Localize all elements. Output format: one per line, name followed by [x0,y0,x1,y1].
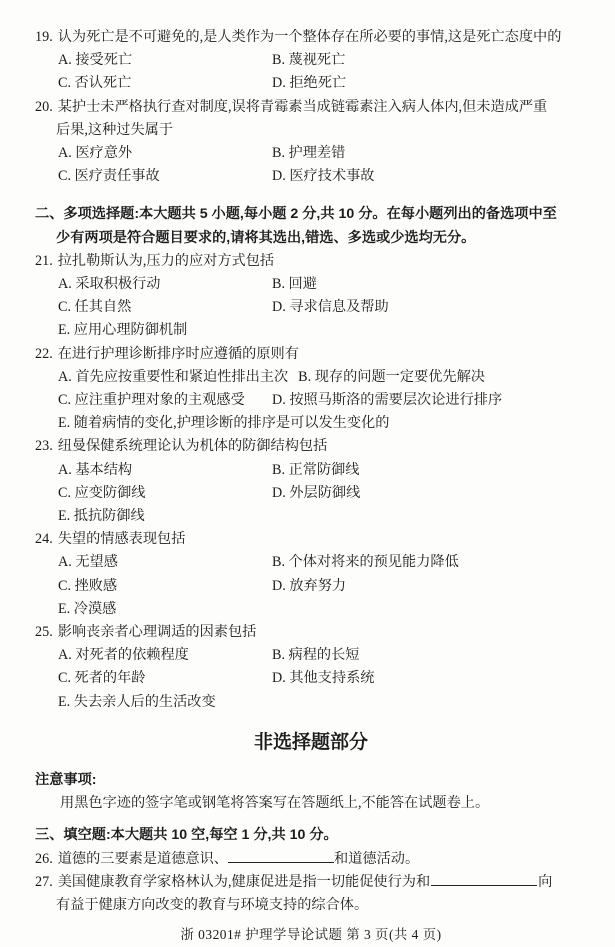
q22-option-c: C. 应注重护理对象的主观感受 [58,389,272,412]
q20-option-d: D. 医疗技术事故 [272,165,374,188]
q23-option-b: B. 正常防御线 [272,459,360,482]
q20-stem-text1: 某护士未严格执行查对制度,误将青霉素当成链霉素注入病人体内,但未造成严重 [58,99,547,115]
q24-option-c: C. 挫败感 [58,575,272,598]
exam-page: 19.认为死亡是不可避免的,是人类作为一个整体存在所必要的事情,这是死亡态度中的… [0,0,615,947]
q20-stem-text2: 后果,这种过失属于 [56,122,173,138]
q20-options-row-ab: A. 医疗意外 B. 护理差错 [58,142,587,165]
section2-header-line2: 少有两项是符合题目要求的,请将其选出,错选、多选或少选均无分。 [35,227,587,250]
page-footer: 浙 03201# 护理学导论试题 第 3 页(共 4 页) [35,924,587,946]
q25-number: 25. [35,624,53,640]
q25-options-row-ab: A. 对死者的依赖程度 B. 病程的长短 [58,644,587,667]
question-20: 20.某护士未严格执行查对制度,误将青霉素当成链霉素注入病人体内,但未造成严重 … [35,96,587,189]
question-24: 24.失望的情感表现包括 A. 无望感 B. 个体对将来的预见能力降低 C. 挫… [35,528,587,621]
q23-stem: 23.纽曼保健系统理论认为机体的防御结构包括 [35,435,587,458]
q20-stem-line2: 后果,这种过失属于 [35,119,587,142]
q21-option-b: B. 回避 [272,273,317,296]
q19-option-a: A. 接受死亡 [58,49,272,72]
question-21: 21.拉扎勒斯认为,压力的应对方式包括 A. 采取积极行动 B. 回避 C. 任… [35,250,587,343]
q22-stem: 22.在进行护理诊断排序时应遵循的原则有 [35,343,587,366]
q22-stem-text: 在进行护理诊断排序时应遵循的原则有 [58,346,299,362]
q25-option-e: E. 失去亲人后的生活改变 [58,691,216,714]
q25-stem-text: 影响丧亲者心理调适的因素包括 [58,624,257,640]
q20-stem-line1: 20.某护士未严格执行查对制度,误将青霉素当成链霉素注入病人体内,但未造成严重 [35,96,587,119]
q27-number: 27. [35,871,53,894]
q27-line1: 27.美国健康教育学家格林认为,健康促进是指一切能促使行为和向 [35,871,587,894]
q24-number: 24. [35,531,53,547]
q20-option-a: A. 医疗意外 [58,142,272,165]
q22-number: 22. [35,346,53,362]
q21-stem: 21.拉扎勒斯认为,压力的应对方式包括 [35,250,587,273]
q27-fill-blank [431,871,537,886]
q22-options-row-ab: A. 首先应按重要性和紧迫性排出主次 B. 现存的问题一定要优先解决 [58,366,587,389]
q22-option-b: B. 现存的问题一定要优先解决 [298,366,485,389]
q22-options: A. 首先应按重要性和紧迫性排出主次 B. 现存的问题一定要优先解决 C. 应注… [35,366,587,436]
q22-option-e: E. 随着病情的变化,护理诊断的排序是可以发生变化的 [58,412,389,435]
q21-options-row-e: E. 应用心理防御机制 [58,319,587,342]
q20-option-c: C. 医疗责任事故 [58,165,272,188]
q23-number: 23. [35,438,53,454]
q24-options-row-e: E. 冷漠感 [58,598,587,621]
q25-option-d: D. 其他支持系统 [272,667,374,690]
q24-options-row-ab: A. 无望感 B. 个体对将来的预见能力降低 [58,551,587,574]
q19-option-d: D. 拒绝死亡 [272,72,346,95]
q26-fill-blank [228,848,334,863]
q24-option-d: D. 放弃努力 [272,575,346,598]
q22-options-row-e: E. 随着病情的变化,护理诊断的排序是可以发生变化的 [58,412,587,435]
q24-options: A. 无望感 B. 个体对将来的预见能力降低 C. 挫败感 D. 放弃努力 E.… [35,551,587,621]
q22-option-d: D. 按照马斯洛的需要层次论进行排序 [272,389,502,412]
q25-option-c: C. 死者的年龄 [58,667,272,690]
notice-block: 注意事项: 用黑色字迹的签字笔或钢笔将答案写在答题纸上,不能答在试题卷上。 [35,769,587,815]
q19-option-b: B. 蔑视死亡 [272,49,345,72]
q24-options-row-cd: C. 挫败感 D. 放弃努力 [58,575,587,598]
q25-option-b: B. 病程的长短 [272,644,360,667]
q20-number: 20. [35,99,53,115]
q24-stem-text: 失望的情感表现包括 [58,531,186,547]
section3-header: 三、填空题:本大题共 10 空,每空 1 分,共 10 分。 [35,824,587,847]
q19-stem-text: 认为死亡是不可避免的,是人类作为一个整体存在所必要的事情,这是死亡态度中的 [58,29,562,45]
q20-option-b: B. 护理差错 [272,142,345,165]
q26-text-post: 和道德活动。 [334,851,419,867]
q19-number: 19. [35,29,53,45]
q21-option-c: C. 任其自然 [58,296,272,319]
section2-header: 二、多项选择题:本大题共 5 小题,每小题 2 分,共 10 分。在每小题列出的… [35,203,587,249]
q26-text-pre: 道德的三要素是道德意识、 [58,851,228,867]
q27-text-pre: 美国健康教育学家格林认为,健康促进是指一切能促使行为和 [58,871,430,894]
q25-options: A. 对死者的依赖程度 B. 病程的长短 C. 死者的年龄 D. 其他支持系统 … [35,644,587,714]
q23-options: A. 基本结构 B. 正常防御线 C. 应变防御线 D. 外层防御线 E. 抵抗… [35,459,587,529]
question-27: 27.美国健康教育学家格林认为,健康促进是指一切能促使行为和向 有益于健康方向改… [35,871,587,917]
q23-option-e: E. 抵抗防御线 [58,505,145,528]
q23-stem-text: 纽曼保健系统理论认为机体的防御结构包括 [58,438,328,454]
q19-options-row-cd: C. 否认死亡 D. 拒绝死亡 [58,72,587,95]
q27-text-after-blank: 向 [538,871,552,894]
q21-options: A. 采取积极行动 B. 回避 C. 任其自然 D. 寻求信息及帮助 E. 应用… [35,273,587,343]
q21-option-d: D. 寻求信息及帮助 [272,296,389,319]
q27-line2: 有益于健康方向改变的教育与环境支持的综合体。 [35,894,587,917]
q19-options: A. 接受死亡 B. 蔑视死亡 C. 否认死亡 D. 拒绝死亡 [35,49,587,95]
q22-option-a: A. 首先应按重要性和紧迫性排出主次 [58,366,298,389]
q23-options-row-ab: A. 基本结构 B. 正常防御线 [58,459,587,482]
q21-options-row-ab: A. 采取积极行动 B. 回避 [58,273,587,296]
q20-options-row-cd: C. 医疗责任事故 D. 医疗技术事故 [58,165,587,188]
q22-options-row-cd: C. 应注重护理对象的主观感受 D. 按照马斯洛的需要层次论进行排序 [58,389,587,412]
notice-title: 注意事项: [35,769,587,792]
q24-option-e: E. 冷漠感 [58,598,116,621]
q23-option-c: C. 应变防御线 [58,482,272,505]
q23-options-row-cd: C. 应变防御线 D. 外层防御线 [58,482,587,505]
q19-stem: 19.认为死亡是不可避免的,是人类作为一个整体存在所必要的事情,这是死亡态度中的 [35,26,587,49]
q26-number: 26. [35,851,53,867]
q24-stem: 24.失望的情感表现包括 [35,528,587,551]
q23-option-d: D. 外层防御线 [272,482,360,505]
q21-number: 21. [35,253,53,269]
section2-header-line1: 二、多项选择题:本大题共 5 小题,每小题 2 分,共 10 分。在每小题列出的… [35,203,587,226]
nonselect-section-heading: 非选择题部分 [35,729,587,757]
notice-body: 用黑色字迹的签字笔或钢笔将答案写在答题纸上,不能答在试题卷上。 [35,792,587,815]
q25-options-row-cd: C. 死者的年龄 D. 其他支持系统 [58,667,587,690]
question-23: 23.纽曼保健系统理论认为机体的防御结构包括 A. 基本结构 B. 正常防御线 … [35,435,587,528]
q24-option-b: B. 个体对将来的预见能力降低 [272,551,459,574]
q24-option-a: A. 无望感 [58,551,272,574]
q21-stem-text: 拉扎勒斯认为,压力的应对方式包括 [58,253,274,269]
question-19: 19.认为死亡是不可避免的,是人类作为一个整体存在所必要的事情,这是死亡态度中的… [35,26,587,96]
q21-option-e: E. 应用心理防御机制 [58,319,187,342]
question-26: 26.道德的三要素是道德意识、和道德活动。 [35,848,587,871]
q19-options-row-ab: A. 接受死亡 B. 蔑视死亡 [58,49,587,72]
q21-option-a: A. 采取积极行动 [58,273,272,296]
q23-options-row-e: E. 抵抗防御线 [58,505,587,528]
question-22: 22.在进行护理诊断排序时应遵循的原则有 A. 首先应按重要性和紧迫性排出主次 … [35,343,587,436]
q25-options-row-e: E. 失去亲人后的生活改变 [58,691,587,714]
q19-option-c: C. 否认死亡 [58,72,272,95]
q25-option-a: A. 对死者的依赖程度 [58,644,272,667]
q23-option-a: A. 基本结构 [58,459,272,482]
q25-stem: 25.影响丧亲者心理调适的因素包括 [35,621,587,644]
q21-options-row-cd: C. 任其自然 D. 寻求信息及帮助 [58,296,587,319]
q20-options: A. 医疗意外 B. 护理差错 C. 医疗责任事故 D. 医疗技术事故 [35,142,587,188]
question-25: 25.影响丧亲者心理调适的因素包括 A. 对死者的依赖程度 B. 病程的长短 C… [35,621,587,714]
